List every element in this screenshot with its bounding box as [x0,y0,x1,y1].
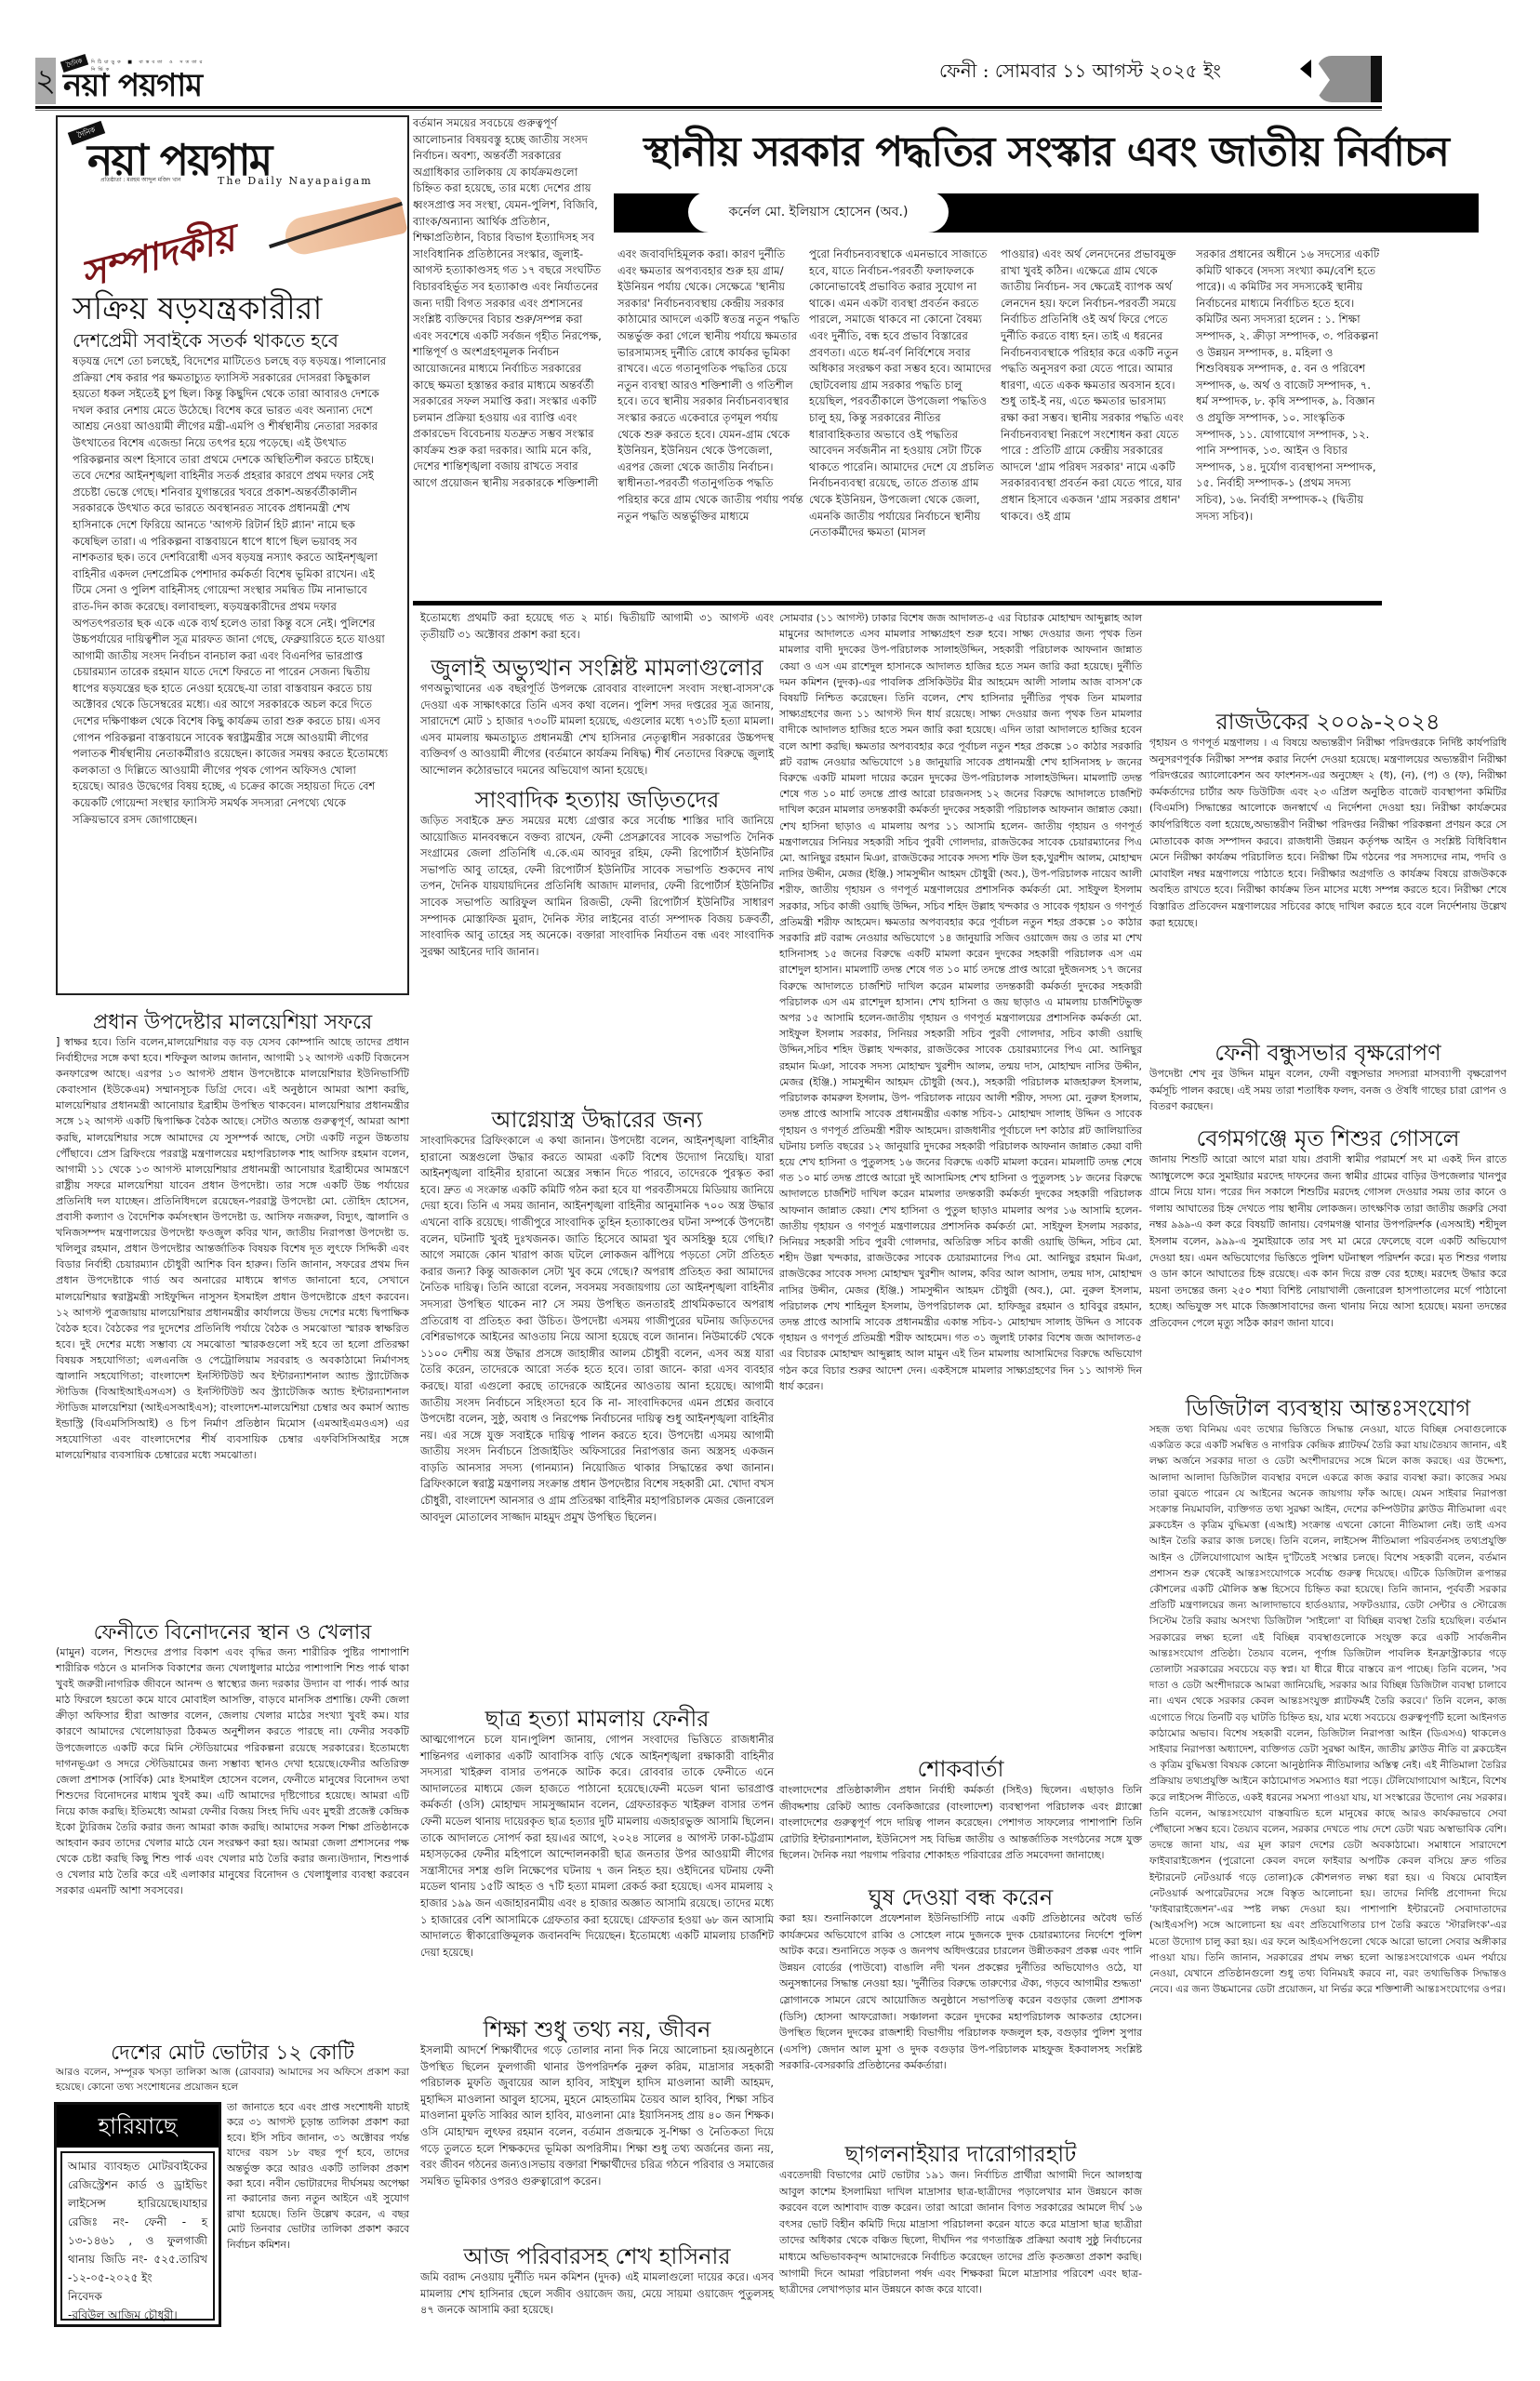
lost-notice-signoff-name: -রবিউল আজিম চৌধুরী। [68,2306,207,2324]
feature-column-4: সরকার প্রধানের অধীনে ১৬ সদস্যের একটি কমি… [1196,246,1382,525]
lost-notice-title: হারিয়াছে [57,2105,219,2148]
editorial-logo-english: The Daily Nayapaigam [218,175,373,187]
hasina-family-body: জমি বরাদ্দ নেওয়ায় দুর্নীতি দমন কমিশন (… [420,2269,774,2319]
logo-text: নয়া পয়গাম [63,67,202,104]
hasina-cases-body: সোমবার (১১ আগস্ট) ঢাকার বিশেষ জজ আদালত-৫… [779,610,1142,1394]
begumganj-body: জানায় শিশুটি আরো আগে মারা যায়। প্রবাসী… [1149,1151,1507,1332]
voters-body-top: আরও বলেন, সম্পূরক খসড়া তালিকা আজ (রোববা… [56,2065,409,2095]
tree-planting-body: উপদেষ্টা শেখ নুর উদ্দিন মামুন বলেন, ফেনী… [1149,1066,1507,1115]
feni-play-body: (মামুন) বলেন, শিশুদের প্রপার বিকাশ এবং ব… [56,1644,409,1899]
masthead-logo[interactable]: দৈনিক দিঠিয়াড়ুক ■ বাস্তবতা ও সততার নির… [60,56,218,104]
condolence-body: বাংলাদেশের প্রতিষ্ঠাকালীন প্রধান নির্বাহ… [779,1782,1142,1864]
editorial-banner: সম্পাদকীয় [71,195,405,288]
lost-notice-body: আমার ব্যাবহৃত মোটরবাইকের রেজিস্ট্রেশন কা… [68,2157,207,2287]
lost-notice-signoff-label: নিবেদক [68,2287,207,2306]
editorial-founder: প্রতিষ্ঠাতা : মরহুম আব্দুল মজিদ খান [100,175,180,185]
feature-column-3: পাওয়ার) এবং অর্থ লেনদেনের প্রভাবমুক্ত র… [1001,246,1187,525]
editorial-body: ষড়যন্ত্র দেশে তো চলছেই, বিদেশের মাটিতেও… [73,353,389,828]
rajuk-body: গৃহায়ন ও গণপূর্ত মন্ত্রণালয় । এ বিষয়ে… [1149,735,1507,931]
student-murder-body: আত্মগোপনে চলে যান।পুলিশ জানায়, গোপন সংব… [420,1732,774,1961]
page-tab-bar [1371,56,1382,102]
feature-column-1: এবং জবাবদিহিমূলক করা। কারণ দুর্নীতি এবং … [617,246,803,525]
header-rule [35,106,1382,109]
education-body: ইসলামী আদর্শে শিক্ষার্থীদের গড়ে তোলার ন… [420,2042,774,2189]
lost-notice: হারিয়াছে আমার ব্যাবহৃত মোটরবাইকের রেজিস… [54,2102,221,2327]
editorial-logo: দৈনিক নয়া পয়গাম প্রতিষ্ঠাতা : মরহুম আব… [69,123,404,188]
journalist-body: জড়িত সবাইকে দ্রুত সময়ের মধ্যে গ্রেপ্তা… [420,813,774,960]
lost-notice-inner: আমার ব্যাবহৃত মোটরবাইকের রেজিস্ট্রেশন কা… [60,2151,215,2321]
arrow-left-icon [1300,60,1311,78]
feature-bottom-rule [413,601,1382,605]
dateline: ফেনী : সোমবার ১১ আগস্ট ২০২৫ ইং [939,58,1221,88]
digital-body: সহজ তথ্য বিনিময় এবং তথ্যের ভিত্তিতে সিদ… [1149,1421,1507,1997]
july-cases-body: গণঅভ্যুত্থানের এক বছরপূর্তি উপলক্ষে রোবব… [420,681,774,779]
malaysia-body: ] স্বাক্ষর হবে। তিনি বলেন,মালয়েশিয়ার ব… [56,1034,409,1464]
header-rule-thin [35,110,1382,111]
july-cases-intro: ইতোমধ্যে প্রথমটি করা হয়েছে গত ২ মার্চ। … [420,610,774,643]
page-tab-notch [1317,61,1330,99]
editorial-logo-text: নয়া পয়গাম [87,128,271,199]
feature-lead-column: বর্তমান সময়ের সবচেয়ে গুরুত্বপূর্ণ আলোচ… [413,115,604,492]
feature-author: কর্নেল মো. ইলিয়াস হোসেন (অব.) [688,192,949,233]
weapons-body: সাংবাদিকদের ব্রিফিংকালে এ কথা জানান। উপদ… [420,1133,774,1525]
voters-body-side: তা জানাতে হবে এবং প্রাপ্ত সংশোধনী যাচাই … [227,2100,409,2253]
page-number: ২ [35,58,56,104]
feature-column-2: পুরো নির্বাচনব্যবস্থাকে এমনভাবে সাজাতে হ… [809,246,995,541]
chhagalnaiya-body: এবতেদায়ী বিভাগের মোট ভোটার ১৯১ জন। নির্… [779,2167,1142,2298]
bribe-body: করা হয়। শুনানিকালে প্রফেশনাল ইউনিভার্সি… [779,1910,1142,2074]
feature-headline: স্থানীয় সরকার পদ্ধতির সংস্কার এবং জাতীয… [614,121,1479,189]
